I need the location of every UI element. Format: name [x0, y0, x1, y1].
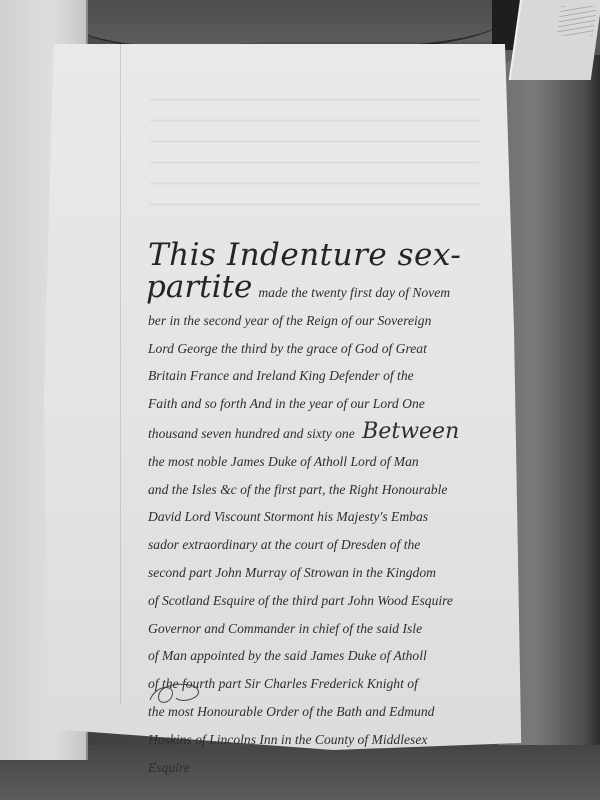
text-line: ber in the second year of the Reign of o…	[148, 307, 518, 335]
text-line: made the twenty first day of Novem	[258, 279, 450, 307]
text-line: Hoskins of Lincolns Inn in the County of…	[148, 726, 518, 754]
document-heading: This Indenture sex-	[148, 238, 518, 272]
closing-flourish-icon	[146, 678, 206, 708]
adjacent-paper-text	[557, 6, 597, 36]
text-line: Esquire	[148, 754, 518, 782]
text-line: Lord George the third by the grace of Go…	[148, 335, 518, 363]
text-line: Britain France and Ireland King Defender…	[148, 362, 518, 390]
text-line: second part John Murray of Strowan in th…	[148, 559, 518, 587]
text-line: of Scotland Esquire of the third part Jo…	[148, 587, 518, 615]
text-line: David Lord Viscount Stormont his Majesty…	[148, 503, 518, 531]
text-line-between: thousand seven hundred and sixty one Bet…	[148, 418, 518, 448]
text-line: of Man appointed by the said James Duke …	[148, 642, 518, 670]
emphasis-between: Between	[362, 419, 459, 444]
text-line: Faith and so forth And in the year of ou…	[148, 390, 518, 418]
text-line: sador extraordinary at the court of Dres…	[148, 531, 518, 559]
document-heading-continued: partite	[146, 272, 252, 302]
text-line: Governor and Commander in chief of the s…	[148, 615, 518, 643]
text-line: the most noble James Duke of Atholl Lord…	[148, 448, 518, 476]
text-line: thousand seven hundred and sixty one	[148, 426, 355, 441]
adjacent-paper	[509, 0, 600, 80]
text-line: and the Isles &c of the first part, the …	[148, 476, 518, 504]
ink-bleed-through	[150, 85, 480, 225]
page-margin-rule	[120, 44, 121, 704]
heading-line-2: partite made the twenty first day of Nov…	[146, 272, 518, 307]
